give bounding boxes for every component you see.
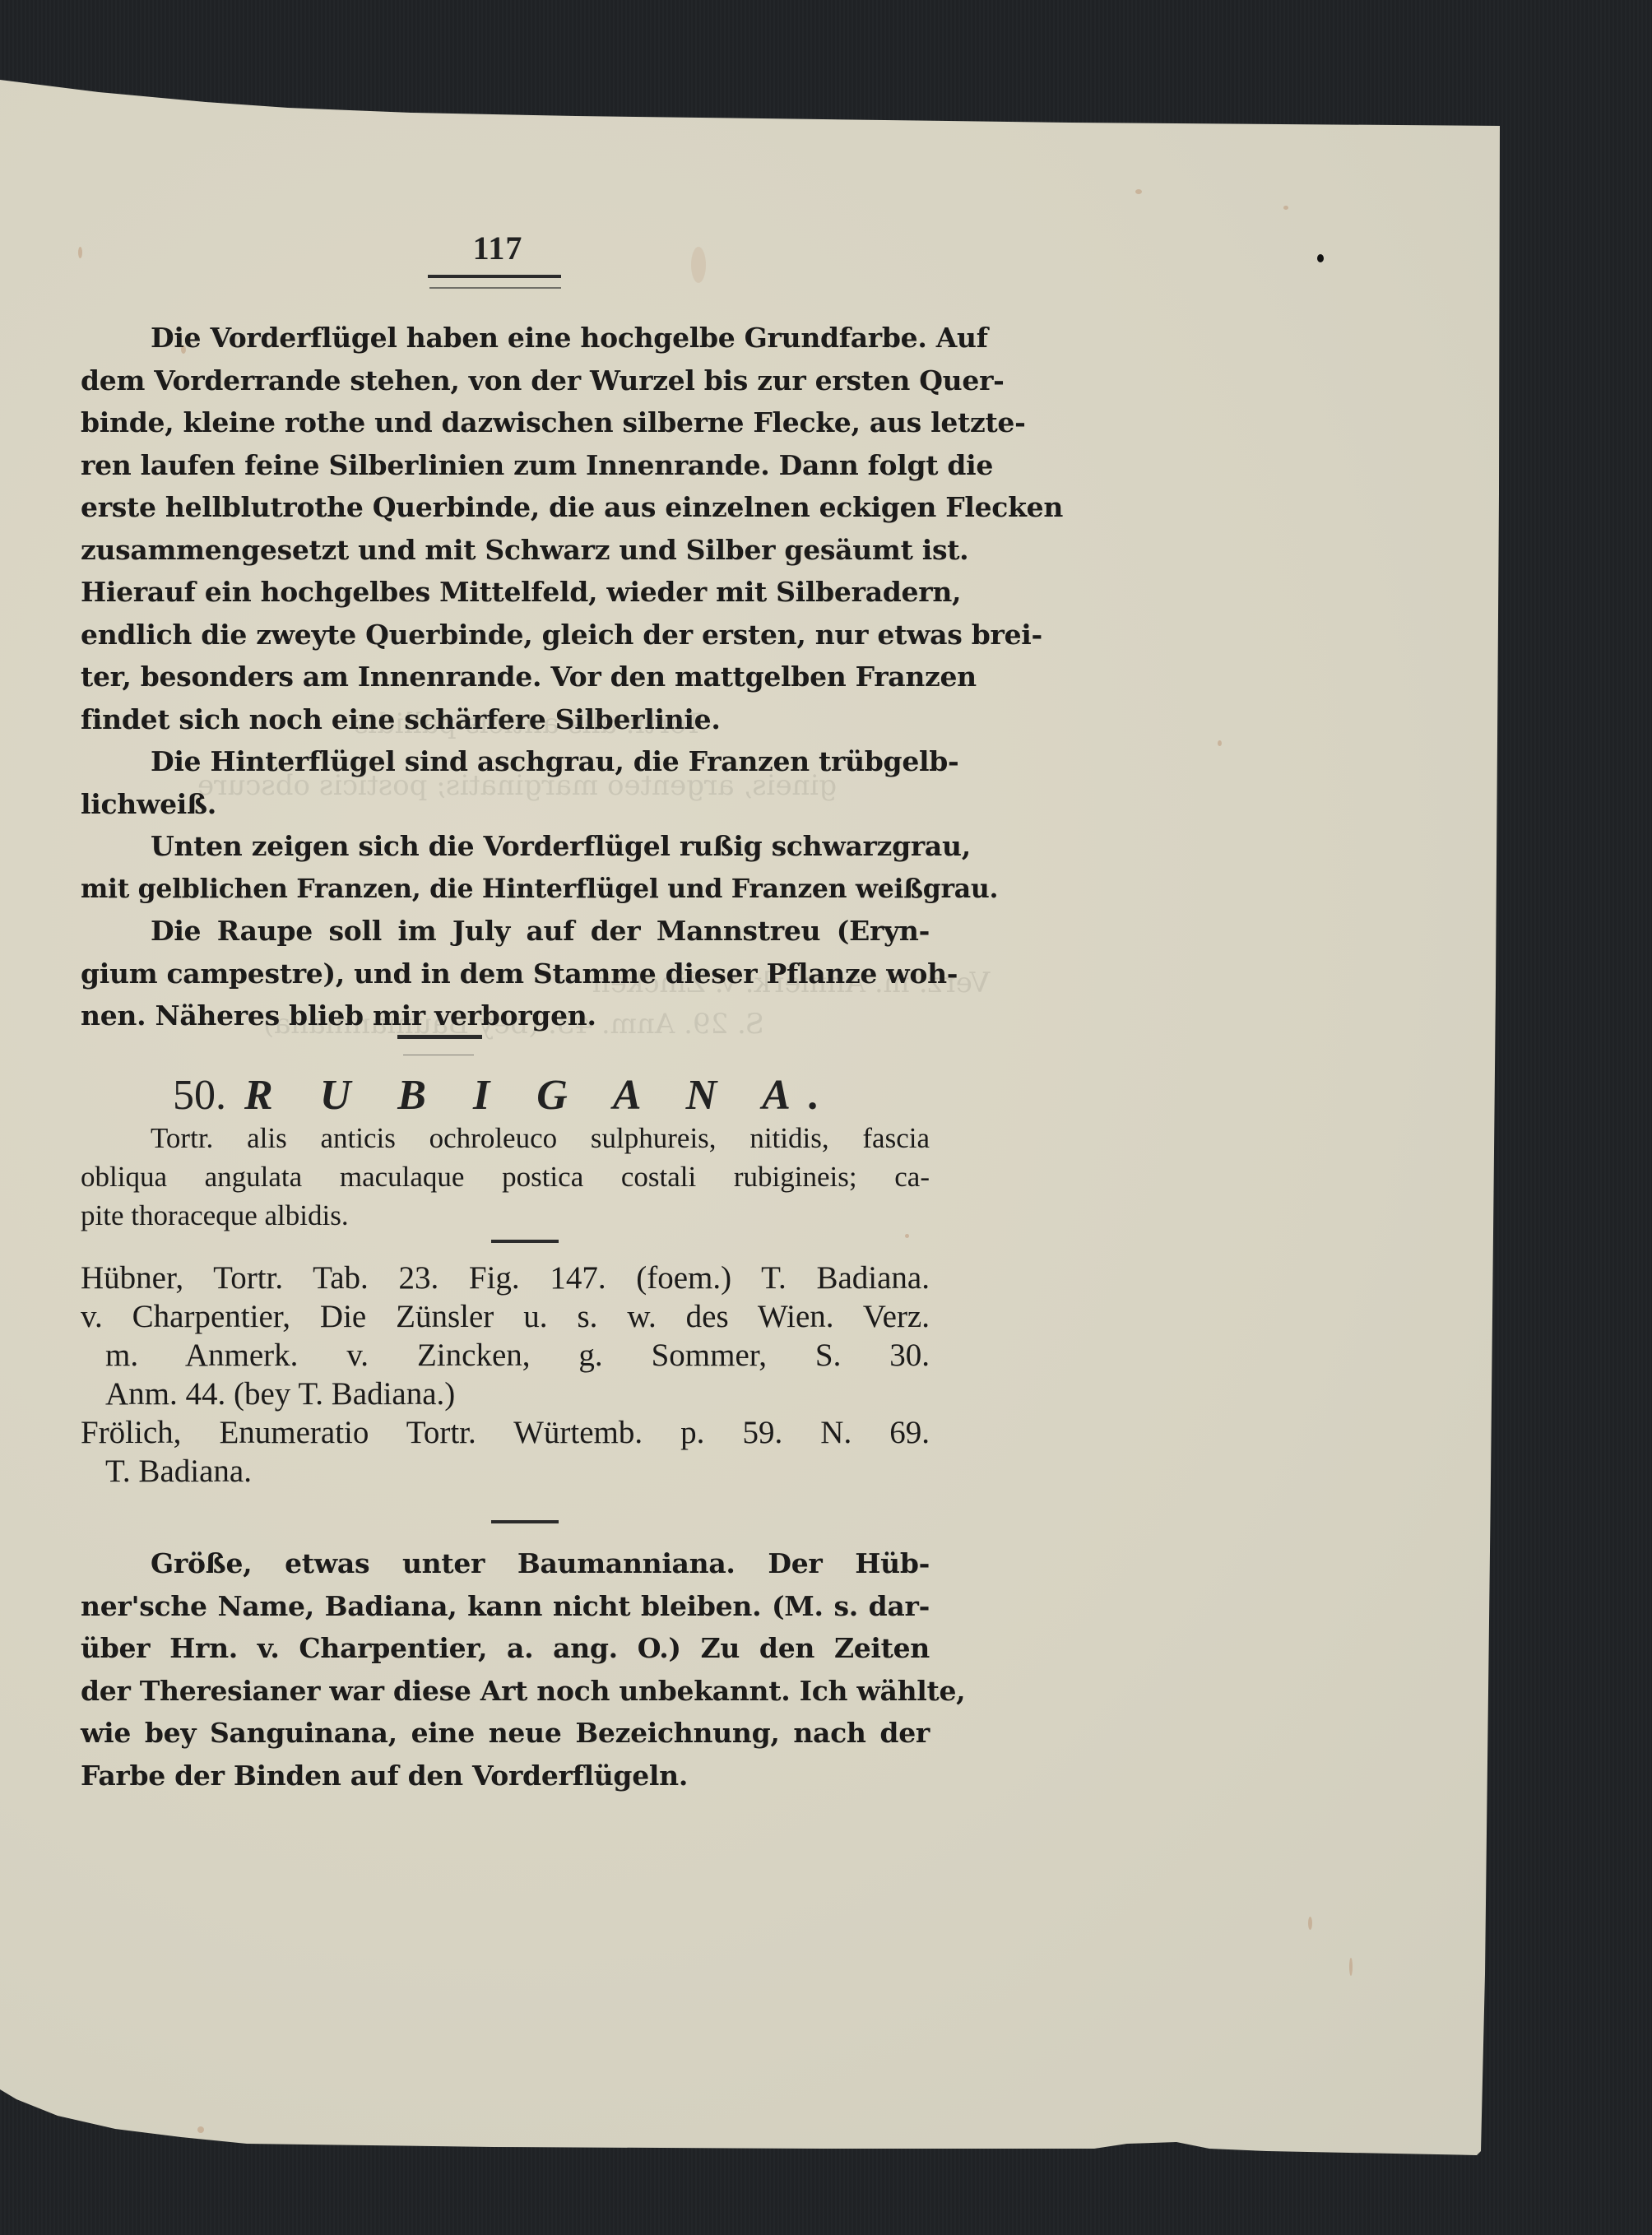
species-number: 50. bbox=[173, 1072, 226, 1119]
paper-speck bbox=[197, 2126, 204, 2133]
text-line: Farbe der Binden auf den Vorderflügeln. bbox=[81, 1755, 930, 1797]
text-line: dem Vorderrande stehen, von der Wurzel b… bbox=[81, 359, 930, 402]
diagnosis-line: obliqua angulata maculaque postica costa… bbox=[81, 1157, 930, 1196]
reference-line: m. Anmerk. v. Zincken, g. Sommer, S. 30. bbox=[81, 1336, 930, 1375]
header-rule-thick bbox=[428, 275, 561, 278]
reference-line: Hübner, Tortr. Tab. 23. Fig. 147. (foem.… bbox=[81, 1259, 930, 1297]
reference-line: Anm. 44. (bey T. Badiana.) bbox=[81, 1375, 930, 1413]
text-line: mit gelblichen Franzen, die Hinterflügel… bbox=[81, 868, 930, 911]
text-line: gium campestre), und in dem Stamme diese… bbox=[81, 953, 930, 995]
text-line: wie bey Sanguinana, eine neue Bezeichnun… bbox=[81, 1712, 930, 1755]
book-page: Tortr. alis anticis pallidis gineis, arg… bbox=[0, 0, 1652, 2235]
diagnosis-line: Tortr. alis anticis ochroleuco sulphurei… bbox=[81, 1119, 930, 1157]
text-line: der Theresianer war diese Art noch unbek… bbox=[81, 1670, 930, 1713]
text-line: ren laufen feine Silberlinien zum Innenr… bbox=[81, 444, 930, 487]
paper-speck bbox=[1283, 206, 1288, 210]
page-number: 117 bbox=[461, 229, 535, 267]
species-diagnosis: Tortr. alis anticis ochroleuco sulphurei… bbox=[81, 1119, 930, 1235]
text-line: zusammengesetzt und mit Schwarz und Silb… bbox=[81, 529, 930, 572]
reference-line: Frölich, Enumeratio Tortr. Würtemb. p. 5… bbox=[81, 1413, 930, 1452]
reference-line: v. Charpentier, Die Zünsler u. s. w. des… bbox=[81, 1297, 930, 1336]
paper-speck bbox=[1349, 1958, 1353, 1976]
text-line: Größe, etwas unter Baumanniana. Der Hüb- bbox=[81, 1542, 930, 1585]
text-line: Die Raupe soll im July auf der Mannstreu… bbox=[81, 910, 930, 953]
text-line: Die Hinterflügel sind aschgrau, die Fran… bbox=[81, 740, 930, 783]
text-line: Die Vorderflügel haben eine hochgelbe Gr… bbox=[81, 317, 930, 359]
text-line: nen. Näheres blieb mir verborgen. bbox=[81, 995, 930, 1037]
species-name: R U B I G A N A. bbox=[244, 1072, 838, 1119]
references-rule bbox=[491, 1520, 559, 1523]
text-line: über Hrn. v. Charpentier, a. ang. O.) Zu… bbox=[81, 1627, 930, 1670]
header-rule-thin bbox=[429, 287, 561, 289]
description-text: Die Vorderflügel haben eine hochgelbe Gr… bbox=[81, 317, 930, 1037]
paper-speck bbox=[78, 247, 82, 258]
paper-speck bbox=[691, 247, 706, 283]
text-line: erste hellblutrothe Querbinde, die aus e… bbox=[81, 486, 930, 529]
references: Hübner, Tortr. Tab. 23. Fig. 147. (foem.… bbox=[81, 1259, 930, 1491]
remarks-text: Größe, etwas unter Baumanniana. Der Hüb-… bbox=[81, 1542, 930, 1797]
text-line: endlich die zweyte Querbinde, gleich der… bbox=[81, 614, 930, 656]
diagnosis-line: pite thoraceque albidis. bbox=[81, 1196, 930, 1235]
diagnosis-rule bbox=[491, 1240, 559, 1243]
text-line: Hierauf ein hochgelbes Mittelfeld, wiede… bbox=[81, 571, 930, 614]
paper-speck bbox=[1135, 189, 1142, 194]
text-line: findet sich noch eine schärfere Silberli… bbox=[81, 698, 930, 741]
text-line: lichweiß. bbox=[81, 783, 930, 826]
reference-line: T. Badiana. bbox=[81, 1452, 930, 1491]
text-line: Unten zeigen sich die Vorderflügel rußig… bbox=[81, 825, 930, 868]
text-line: ter, besonders am Innenrande. Vor den ma… bbox=[81, 656, 930, 698]
species-heading: 50.R U B I G A N A. bbox=[81, 1071, 930, 1120]
ink-dot bbox=[1317, 254, 1324, 262]
text-line: ner'sche Name, Badiana, kann nicht bleib… bbox=[81, 1585, 930, 1628]
paper-speck bbox=[1308, 1917, 1312, 1930]
section-rule-thin bbox=[403, 1055, 474, 1055]
paper-speck bbox=[1218, 740, 1222, 746]
section-rule-thick bbox=[397, 1035, 482, 1039]
text-line: binde, kleine rothe und dazwischen silbe… bbox=[81, 401, 930, 444]
